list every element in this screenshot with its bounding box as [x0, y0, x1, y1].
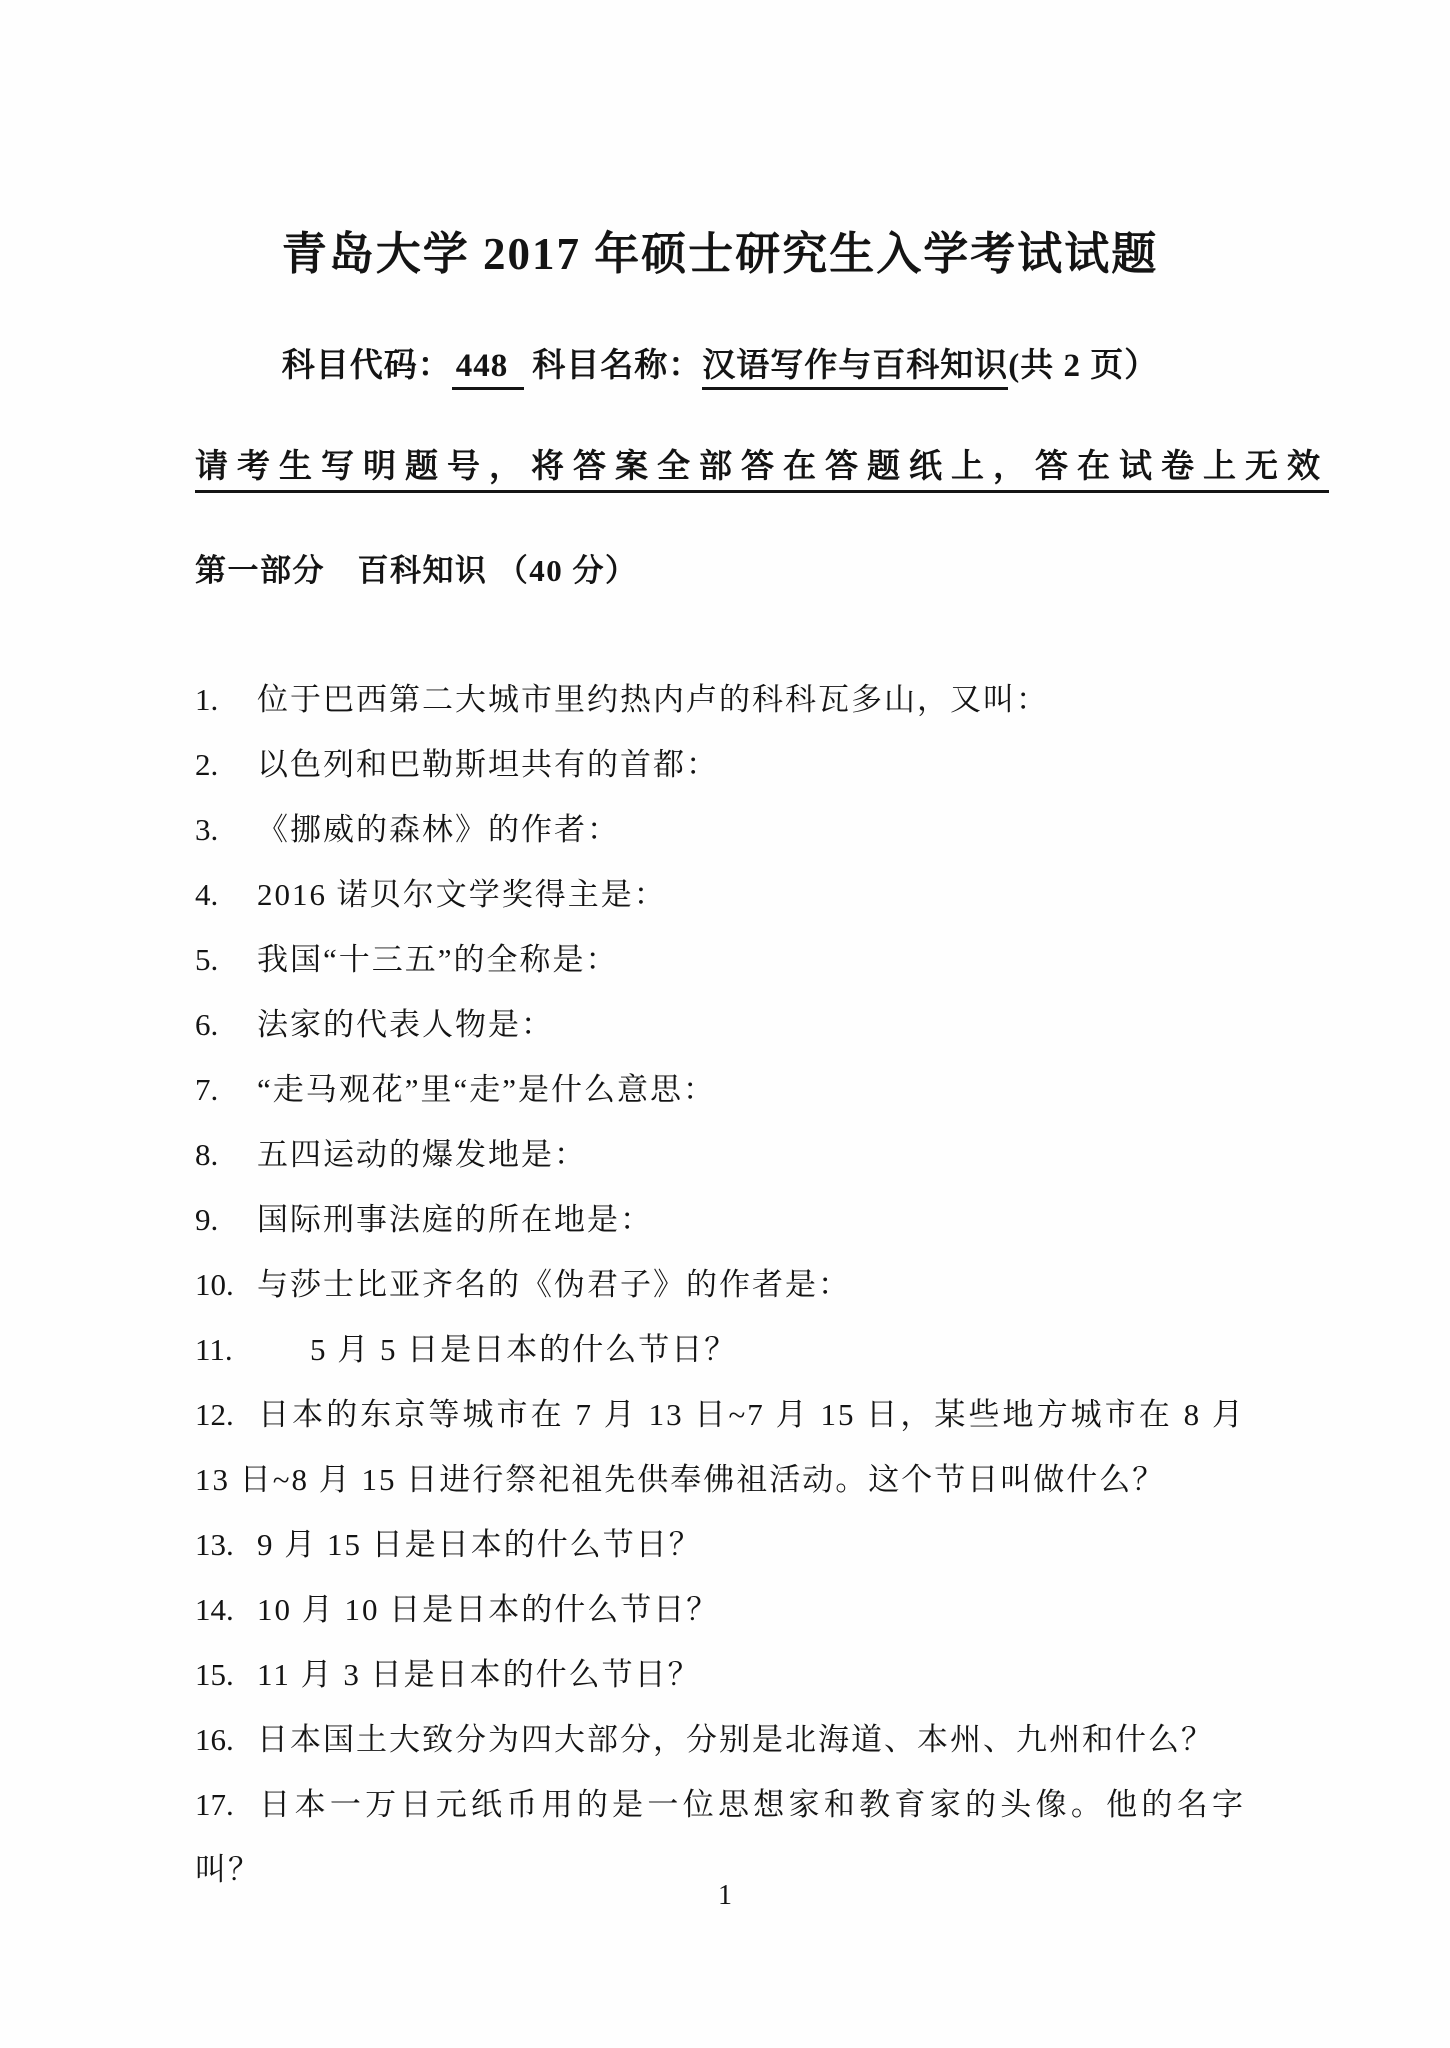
question-item: 1.位于巴西第二大城市里约热内卢的科科瓦多山，又叫： [195, 667, 1245, 732]
question-text: 《挪威的森林》的作者： [257, 812, 620, 847]
question-number: 11. [195, 1317, 310, 1382]
question-number: 13. [195, 1512, 257, 1577]
question-text: 五四运动的爆发地是： [257, 1137, 587, 1172]
question-item: 4.2016 诺贝尔文学奖得主是： [195, 862, 1245, 927]
question-item: 7.“走马观花”里“走”是什么意思： [195, 1057, 1245, 1122]
exam-paper-page: 青岛大学 2017 年硕士研究生入学考试试题 科目代码：448科目名称：汉语写作… [0, 0, 1450, 2048]
question-number: 6. [195, 992, 257, 1057]
page-number: 1 [0, 1880, 1450, 1912]
answer-instruction-text: 请考生写明题号，将答案全部答在答题纸上，答在试卷上无效 [195, 449, 1329, 493]
question-number: 2. [195, 732, 257, 797]
question-text: 日本的东京等城市在 7 月 13 日~7 月 15 日，某些地方城市在 8 月 … [195, 1397, 1245, 1497]
question-item: 10.与莎士比亚齐名的《伪君子》的作者是： [195, 1252, 1245, 1317]
question-text: 我国“十三五”的全称是： [257, 942, 619, 977]
question-number: 16. [195, 1707, 257, 1772]
question-number: 7. [195, 1057, 257, 1122]
question-text: 国际刑事法庭的所在地是： [257, 1202, 653, 1237]
question-number: 9. [195, 1187, 257, 1252]
question-number: 12. [195, 1382, 257, 1447]
question-item: 2.以色列和巴勒斯坦共有的首都： [195, 732, 1245, 797]
question-item: 13.9 月 15 日是日本的什么节日？ [195, 1512, 1245, 1577]
question-item: 9.国际刑事法庭的所在地是： [195, 1187, 1245, 1252]
subject-name-value: 汉语写作与百科知识 [702, 348, 1008, 390]
question-item: 5.我国“十三五”的全称是： [195, 927, 1245, 992]
question-text: 2016 诺贝尔文学奖得主是： [257, 877, 667, 912]
question-item: 8.五四运动的爆发地是： [195, 1122, 1245, 1187]
question-text: 法家的代表人物是： [257, 1007, 554, 1042]
question-text: 10 月 10 日是日本的什么节日？ [257, 1592, 719, 1627]
question-number: 5. [195, 927, 257, 992]
question-text: 日本国土大致分为四大部分，分别是北海道、本州、九州和什么？ [257, 1722, 1214, 1757]
question-text: 5 月 5 日是日本的什么节日？ [310, 1332, 737, 1367]
question-number: 4. [195, 862, 257, 927]
question-item: 15.11 月 3 日是日本的什么节日？ [195, 1642, 1245, 1707]
page-title: 青岛大学 2017 年硕士研究生入学考试试题 [195, 228, 1245, 280]
question-text: “走马观花”里“走”是什么意思： [257, 1072, 716, 1107]
question-item: 14.10 月 10 日是日本的什么节日？ [195, 1577, 1245, 1642]
section-heading: 第一部分 百科知识 （40 分） [195, 552, 1245, 590]
question-item: 6.法家的代表人物是： [195, 992, 1245, 1057]
answer-instruction: 请考生写明题号，将答案全部答在答题纸上，答在试卷上无效 [195, 444, 1245, 490]
question-number: 1. [195, 667, 257, 732]
question-text: 11 月 3 日是日本的什么节日？ [257, 1657, 701, 1692]
subject-pages-note: (共 2 页） [1008, 348, 1158, 384]
subject-line: 科目代码：448科目名称：汉语写作与百科知识(共 2 页） [195, 346, 1245, 386]
question-number: 3. [195, 797, 257, 862]
question-number: 15. [195, 1642, 257, 1707]
question-number: 8. [195, 1122, 257, 1187]
subject-code-label: 科目代码： [282, 348, 452, 384]
question-item: 11.5 月 5 日是日本的什么节日？ [195, 1317, 1245, 1382]
question-item: 12.日本的东京等城市在 7 月 13 日~7 月 15 日，某些地方城市在 8… [195, 1382, 1245, 1512]
subject-code-value: 448 [452, 348, 525, 390]
question-text: 日本一万日元纸币用的是一位思想家和教育家的头像。他的名字叫？ [195, 1787, 1245, 1887]
question-item: 16.日本国土大致分为四大部分，分别是北海道、本州、九州和什么？ [195, 1707, 1245, 1772]
question-list: 1.位于巴西第二大城市里约热内卢的科科瓦多山，又叫：2.以色列和巴勒斯坦共有的首… [195, 667, 1245, 1902]
question-text: 9 月 15 日是日本的什么节日？ [257, 1527, 702, 1562]
question-number: 10. [195, 1252, 257, 1317]
question-item: 3.《挪威的森林》的作者： [195, 797, 1245, 862]
question-number: 17. [195, 1772, 257, 1837]
subject-name-label: 科目名称： [532, 348, 702, 384]
question-text: 位于巴西第二大城市里约热内卢的科科瓦多山，又叫： [257, 682, 1049, 717]
question-number: 14. [195, 1577, 257, 1642]
question-text: 以色列和巴勒斯坦共有的首都： [257, 747, 719, 782]
question-text: 与莎士比亚齐名的《伪君子》的作者是： [257, 1267, 851, 1302]
